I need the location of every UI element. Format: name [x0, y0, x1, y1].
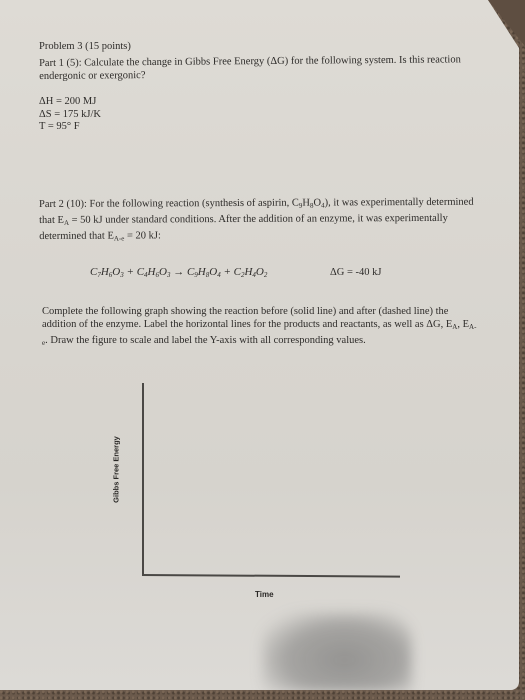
phone-shadow [262, 612, 412, 692]
part1-values: ΔH = 200 MJ ΔS = 175 kJ/K T = 95° F [39, 96, 101, 134]
part1-question: Part 1 (5): Calculate the change in Gibb… [39, 53, 469, 83]
graph-y-axis [142, 383, 144, 575]
problem-title: Problem 3 (15 points) [39, 40, 131, 53]
part2-question: Part 2 (10): For the following reaction … [39, 196, 479, 246]
eae-symbol: EA-e [107, 231, 124, 242]
acetic-anhydride-formula: C4H6O3 [137, 266, 171, 278]
graph-instructions: Complete the following graph showing the… [42, 305, 482, 350]
delta-s-value: ΔS = 175 kJ/K [39, 109, 101, 122]
worksheet-page: Problem 3 (15 points) Part 1 (5): Calcul… [0, 0, 519, 690]
reaction-equation: C7H6O3 + C4H6O3 → C9H8O4 + C2H4O2 [90, 266, 267, 282]
delta-g-value: ΔG = -40 kJ [330, 266, 381, 279]
aspirin-formula: C9H8O4 [292, 198, 325, 209]
temperature-value: T = 95° F [39, 121, 101, 134]
delta-h-value: ΔH = 200 MJ [39, 96, 101, 109]
aspirin-product-formula: C9H8O4 [187, 266, 221, 278]
graph-y-label: Gibbs Free Energy [112, 436, 121, 504]
ea-symbol: EA [57, 215, 69, 226]
graph-x-axis [142, 574, 400, 577]
acetic-acid-formula: C2H4O2 [234, 266, 268, 278]
graph-x-label: Time [255, 590, 274, 599]
salicylic-acid-formula: C7H6O3 [90, 266, 124, 278]
ea-symbol: EA [446, 319, 457, 330]
